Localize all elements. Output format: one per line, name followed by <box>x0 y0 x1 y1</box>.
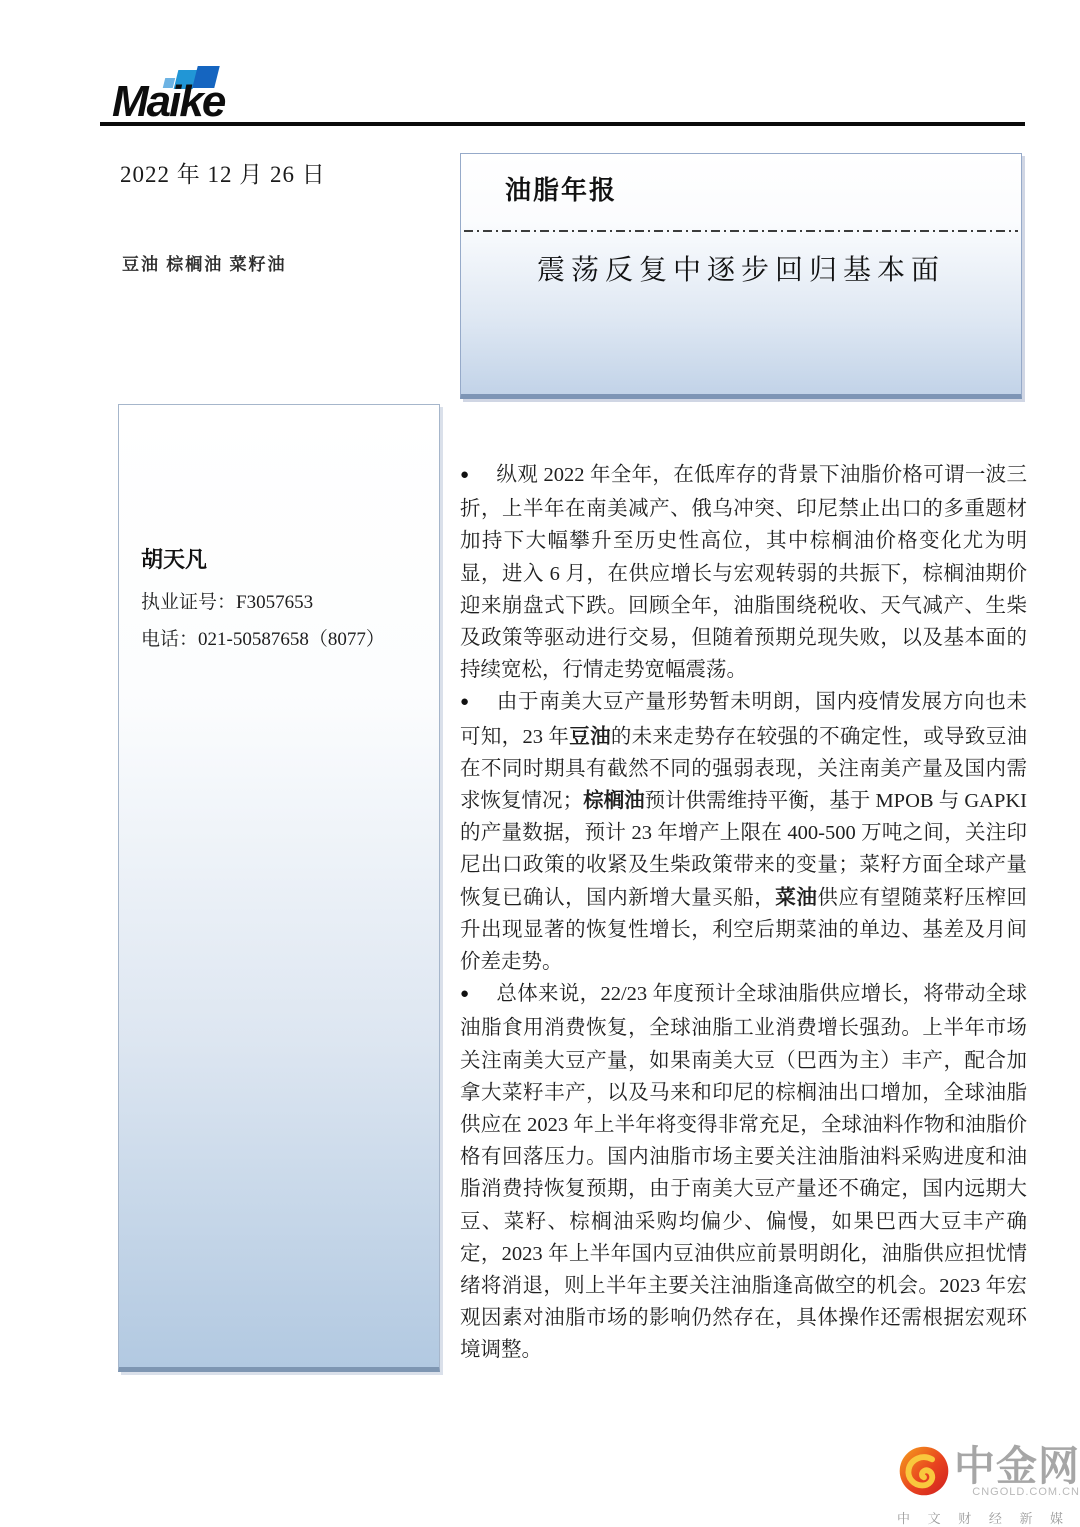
report-page: Maike 2022 年 12 月 26 日 豆油 棕榈油 菜籽油 油脂年报 震… <box>0 0 1080 1527</box>
bullet-icon: ● <box>460 467 469 483</box>
cngold-text: 中金网 CNGOLD.COM.CN <box>954 1444 1080 1498</box>
emphasis-text: 棕榈油 <box>583 790 645 812</box>
analyst-license: 执业证号：F3057653 <box>141 584 385 621</box>
maike-logo: Maike <box>112 66 312 126</box>
summary-paragraph: ●纵观 2022 年全年，在低库存的背景下油脂价格可谓一波三折，上半年在南美减产… <box>460 459 1027 686</box>
cngold-brand: 中金网 <box>954 1444 1080 1488</box>
analyst-info: 胡天凡 执业证号：F3057653 电话：021-50587658（8077） <box>141 543 385 658</box>
report-category: 油脂年报 <box>505 170 617 207</box>
summary-paragraph: ●总体来说，22/23 年度预计全球油脂供应增长，将带动全球油脂食用消费恢复，全… <box>460 978 1027 1366</box>
analyst-box: 胡天凡 执业证号：F3057653 电话：021-50587658（8077） <box>118 404 440 1372</box>
body-text: 纵观 2022 年全年，在低库存的背景下油脂价格可谓一波三折，上半年在南美减产、… <box>460 464 1027 681</box>
cngold-watermark: 中金网 CNGOLD.COM.CN 中 文 财 经 新 媒 体 <box>897 1444 1072 1527</box>
body-text: 总体来说，22/23 年度预计全球油脂供应增长，将带动全球油脂食用消费恢复，全球… <box>460 983 1027 1361</box>
bullet-icon: ● <box>460 694 470 710</box>
report-date: 2022 年 12 月 26 日 <box>120 156 326 189</box>
emphasis-text: 豆油 <box>569 726 611 748</box>
cngold-logo-icon <box>897 1444 951 1503</box>
summary-bullets: ●纵观 2022 年全年，在低库存的背景下油脂价格可谓一波三折，上半年在南美减产… <box>460 459 1027 1367</box>
title-box: 油脂年报 震荡反复中逐步回归基本面 <box>460 153 1022 399</box>
report-title: 震荡反复中逐步回归基本面 <box>461 248 1021 288</box>
emphasis-text: 菜油 <box>775 887 817 909</box>
analyst-name: 胡天凡 <box>141 543 385 574</box>
cngold-tagline: 中 文 财 经 新 媒 体 <box>897 1508 1072 1527</box>
header-divider <box>100 122 1025 126</box>
analyst-phone: 电话：021-50587658（8077） <box>141 621 385 658</box>
cngold-domain: CNGOLD.COM.CN <box>954 1486 1080 1498</box>
bullet-icon: ● <box>460 986 469 1002</box>
report-subject: 豆油 棕榈油 菜籽油 <box>122 250 287 275</box>
logo-wordmark: Maike <box>112 80 224 124</box>
dashed-separator <box>464 230 1018 232</box>
summary-paragraph: ●由于南美大豆产量形势暂未明朗，国内疫情发展方向也未可知，23 年豆油的未来走势… <box>460 686 1027 978</box>
